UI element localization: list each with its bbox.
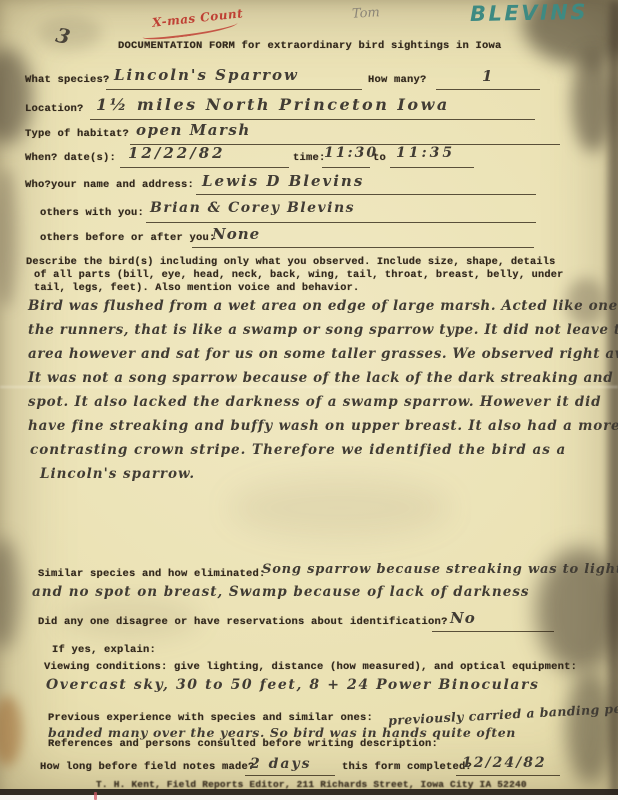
annotation-blevins-note: BLEVINS [470,0,588,26]
field-line [322,167,370,168]
notes-value: 2 days [250,756,312,773]
time-label: time: [293,152,326,165]
who-label: Who?your name and address: [25,179,194,192]
others-before-label: others before or after you: [40,232,216,245]
describe-answer-line: contrasting crown stripe. Therefore we i… [30,442,566,458]
field-line [120,167,289,168]
when-label: When? date(s): [25,152,116,165]
describe-answer-line: area however and sat for us on some tall… [28,346,618,362]
viewing-label: Viewing conditions: give lighting, dista… [44,661,577,674]
stain [0,538,20,650]
describe-prompt-line: tail, legs, feet). Also mention voice an… [34,282,359,295]
similar-answer-line: Song sparrow because streaking was to li… [262,562,618,578]
experience-value-line: previously carried a banding permit [388,699,618,728]
others-with-label: others with you: [40,207,144,220]
describe-answer-line: Lincoln's sparrow. [40,466,195,482]
stain [0,696,22,766]
viewing-value: Overcast sky, 30 to 50 feet, 8 + 24 Powe… [46,677,540,694]
describe-answer-line: the runners, that is like a swamp or son… [28,322,618,338]
time-to-value: 11:35 [396,145,455,162]
to-label: to [373,152,386,165]
habitat-value: open Marsh [136,121,251,139]
describe-answer-line: spot. It also lacked the darkness of a s… [28,394,601,410]
if-yes-label: If yes, explain: [52,644,156,657]
who-value: Lewis D Blevins [202,172,364,190]
scanned-document-page: 3 X-mas Count Tom BLEVINS DOCUMENTATION … [0,0,618,800]
annotation-page-number: 3 [54,23,73,49]
disagree-value: No [450,609,476,627]
field-line [106,89,362,90]
field-line [146,222,536,223]
time-from-value: 11:30 [324,145,378,162]
stain [572,52,614,152]
field-line [432,631,554,632]
how-many-value: 1 [482,67,492,85]
field-line [390,167,474,168]
others-before-value: None [212,225,260,243]
habitat-label: Type of habitat? [25,128,129,141]
scan-bottom-margin [0,795,618,800]
species-label: What species? [25,74,110,87]
describe-answer-line: It was not a song sparrow because of the… [28,370,618,386]
form-completed-label: this form completed? [342,761,472,774]
similar-answer-line: and no spot on breast, Swamp because of … [32,584,530,600]
field-line [456,775,560,776]
species-value: Lincoln's Sparrow [114,66,299,84]
field-line [90,119,535,120]
annotation-tom-note: Tom [352,5,381,21]
stain [608,0,618,800]
when-date-value: 12/22/82 [128,144,226,162]
form-completed-value: 12/24/82 [462,755,547,772]
experience-label: Previous experience with species and sim… [48,712,373,725]
how-many-label: How many? [368,74,427,87]
field-line [196,194,536,195]
field-line [436,89,540,90]
others-with-value: Brian & Corey Blevins [150,200,355,217]
paper-crease [0,386,618,388]
stain [0,168,18,308]
references-label: References and persons consulted before … [48,738,438,751]
notes-label: How long before field notes made? [40,761,255,774]
describe-answer-line: have fine streaking and buffy wash on up… [28,418,618,434]
describe-answer-line: Bird was flushed from a wet area on edge… [28,298,618,314]
describe-prompt-line: of all parts (bill, eye, head, neck, bac… [34,269,563,282]
stain [230,478,450,538]
location-label: Location? [25,103,84,116]
describe-prompt-line: Describe the bird(s) including only what… [26,256,555,269]
field-line [192,247,534,248]
field-line [245,775,335,776]
disagree-label: Did any one disagree or have reservation… [38,616,448,629]
form-title: DOCUMENTATION FORM for extraordinary bir… [118,40,502,53]
similar-label: Similar species and how eliminated: [38,568,266,581]
location-value: 1½ miles North Princeton Iowa [96,95,450,114]
stain [566,672,614,784]
